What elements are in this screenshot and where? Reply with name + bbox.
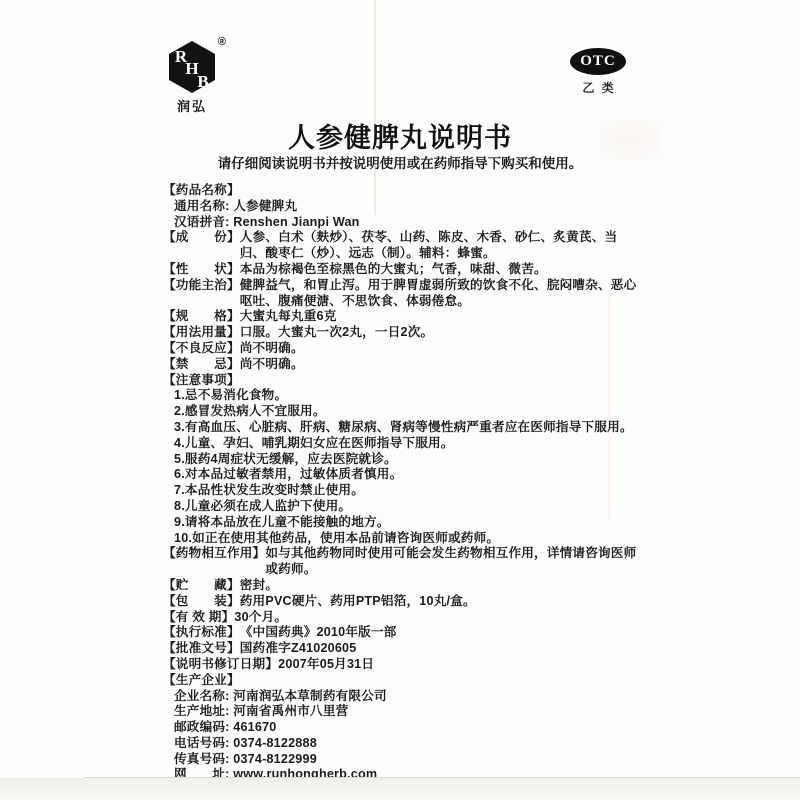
leaflet-page: ® R H B 润弘 OTC 乙 类 人参健脾丸说明书 请仔细阅读说明书并按说明…: [0, 0, 800, 778]
section-storage: 【贮 藏】 密封。: [163, 578, 641, 594]
precaution-item: 1.忌不易消化食物。: [163, 388, 641, 404]
precaution-item: 2.感冒发热病人不宜服用。: [163, 404, 641, 420]
section-label: 【说明书修订日期】: [163, 657, 278, 673]
section-label: 【性 状】: [163, 262, 240, 278]
section-revision-date: 【说明书修订日期】 2007年05月31日: [163, 657, 641, 673]
precaution-item: 4.儿童、孕妇、哺乳期妇女应在医师指导下服用。: [163, 436, 641, 452]
section-label: 【包 装】: [163, 594, 240, 610]
otc-class-label: 乙 类: [570, 79, 628, 96]
manufacturer-address: 生产地址: 河南省禹州市八里营: [163, 704, 641, 720]
section-text: 大蜜丸每丸重6克: [240, 309, 641, 325]
section-label: 【不良反应】: [163, 341, 240, 357]
leaflet-body: 【药品名称】 通用名称: 人参健脾丸 汉语拼音: Renshen Jianpi …: [163, 183, 641, 799]
manufacturer-phone: 电话号码: 0374-8122888: [163, 736, 641, 752]
registered-trademark-icon: ®: [218, 36, 226, 48]
brand-name: 润弘: [166, 96, 218, 115]
pinyin-name: 汉语拼音: Renshen Jianpi Wan: [163, 215, 641, 231]
manufacturer-postcode: 邮政编码: 461670: [163, 720, 641, 736]
section-function: 【功能主治】 健脾益气，和胃止泻。用于脾胃虚弱所致的饮食不化、脘闷嘈杂、恶心呕吐…: [163, 278, 641, 310]
section-ingredients: 【成 份】 人参、白术（麸炒）、茯苓、山药、陈皮、木香、砂仁、炙黄芪、当归、酸枣…: [163, 230, 641, 262]
section-label: 【生产企业】: [163, 673, 240, 689]
section-text: 30个月。: [234, 610, 641, 626]
manufacturer-fax: 传真号码: 0374-8122999: [163, 752, 641, 768]
manufacturer-company-name: 企业名称: 河南润弘本草制药有限公司: [163, 689, 641, 705]
section-text: 尚不明确。: [240, 357, 641, 373]
section-text: 本品为棕褐色至棕黑色的大蜜丸；气香，味甜、微苦。: [240, 262, 641, 278]
precaution-item: 5.服药4周症状无缓解，应去医院就诊。: [163, 452, 641, 468]
section-spec: 【规 格】 大蜜丸每丸重6克: [163, 309, 641, 325]
section-contraindication: 【禁 忌】 尚不明确。: [163, 357, 641, 373]
precaution-item: 7.本品性状发生改变时禁止使用。: [163, 483, 641, 499]
precaution-item: 6.对本品过敏者禁用，过敏体质者慎用。: [163, 467, 641, 483]
section-label: 【注意事项】: [163, 373, 240, 389]
section-text: 尚不明确。: [240, 341, 641, 357]
section-label: 【成 份】: [163, 230, 240, 262]
usage-notice: 请仔细阅读说明书并按说明使用或在药师指导下购买和使用。: [0, 152, 800, 172]
svg-text:B: B: [197, 72, 208, 91]
generic-name: 通用名称: 人参健脾丸: [163, 199, 641, 215]
section-drug-name: 【药品名称】: [163, 183, 641, 199]
section-manufacturer: 【生产企业】: [163, 673, 641, 689]
section-text: 密封。: [240, 578, 641, 594]
section-standard: 【执行标准】 《中国药典》2010年版一部: [163, 625, 641, 641]
page-title: 人参健脾丸说明书: [0, 116, 800, 155]
section-label: 【执行标准】: [163, 625, 240, 641]
section-character: 【性 状】 本品为棕褐色至棕黑色的大蜜丸；气香，味甜、微苦。: [163, 262, 641, 278]
section-label: 【贮 藏】: [163, 578, 240, 594]
section-text: 药用PVC硬片、药用PTP铝箔，10丸/盒。: [240, 594, 641, 610]
hexagon-logo-icon: R H B: [167, 40, 217, 94]
precaution-item: 8.儿童必须在成人监护下使用。: [163, 499, 641, 515]
section-label: 【用法用量】: [163, 325, 240, 341]
section-text: 国药准字Z41020605: [240, 641, 641, 657]
otc-badge: OTC 乙 类: [570, 48, 628, 96]
precaution-item: 9.请将本品放在儿童不能接触的地方。: [163, 515, 641, 531]
section-text: 《中国药典》2010年版一部: [240, 625, 641, 641]
section-text: 如与其他药物同时使用可能会发生药物相互作用，详情请咨询医师或药师。: [265, 546, 641, 578]
section-label: 【药品名称】: [163, 183, 240, 199]
section-adverse-reactions: 【不良反应】 尚不明确。: [163, 341, 641, 357]
section-label: 【有 效 期】: [163, 610, 234, 626]
section-interaction: 【药物相互作用】 如与其他药物同时使用可能会发生药物相互作用，详情请咨询医师或药…: [163, 546, 641, 578]
section-package: 【包 装】 药用PVC硬片、药用PTP铝箔，10丸/盒。: [163, 594, 641, 610]
section-label: 【批准文号】: [163, 641, 240, 657]
precaution-item: 10.如正在使用其他药品，使用本品前请咨询医师或药师。: [163, 531, 641, 547]
scanner-background: [0, 778, 800, 800]
section-label: 【禁 忌】: [163, 357, 240, 373]
section-label: 【药物相互作用】: [163, 546, 265, 578]
section-precautions: 【注意事项】: [163, 373, 641, 389]
section-validity: 【有 效 期】 30个月。: [163, 610, 641, 626]
section-label: 【规 格】: [163, 309, 240, 325]
section-approval-number: 【批准文号】 国药准字Z41020605: [163, 641, 641, 657]
section-usage: 【用法用量】 口服。大蜜丸一次2丸，一日2次。: [163, 325, 641, 341]
section-text: 健脾益气，和胃止泻。用于脾胃虚弱所致的饮食不化、脘闷嘈杂、恶心呕吐、腹痛便溏、不…: [240, 278, 641, 310]
section-label: 【功能主治】: [163, 278, 240, 310]
otc-oval-icon: OTC: [570, 48, 626, 75]
section-text: 口服。大蜜丸一次2丸，一日2次。: [240, 325, 641, 341]
section-text: 2007年05月31日: [278, 657, 641, 673]
brand-logo: ® R H B 润弘: [166, 40, 218, 115]
section-text: 人参、白术（麸炒）、茯苓、山药、陈皮、木香、砂仁、炙黄芪、当归、酸枣仁（炒）、远…: [240, 230, 641, 262]
precaution-item: 3.有高血压、心脏病、肝病、糖尿病、肾病等慢性病严重者应在医师指导下服用。: [163, 420, 641, 436]
